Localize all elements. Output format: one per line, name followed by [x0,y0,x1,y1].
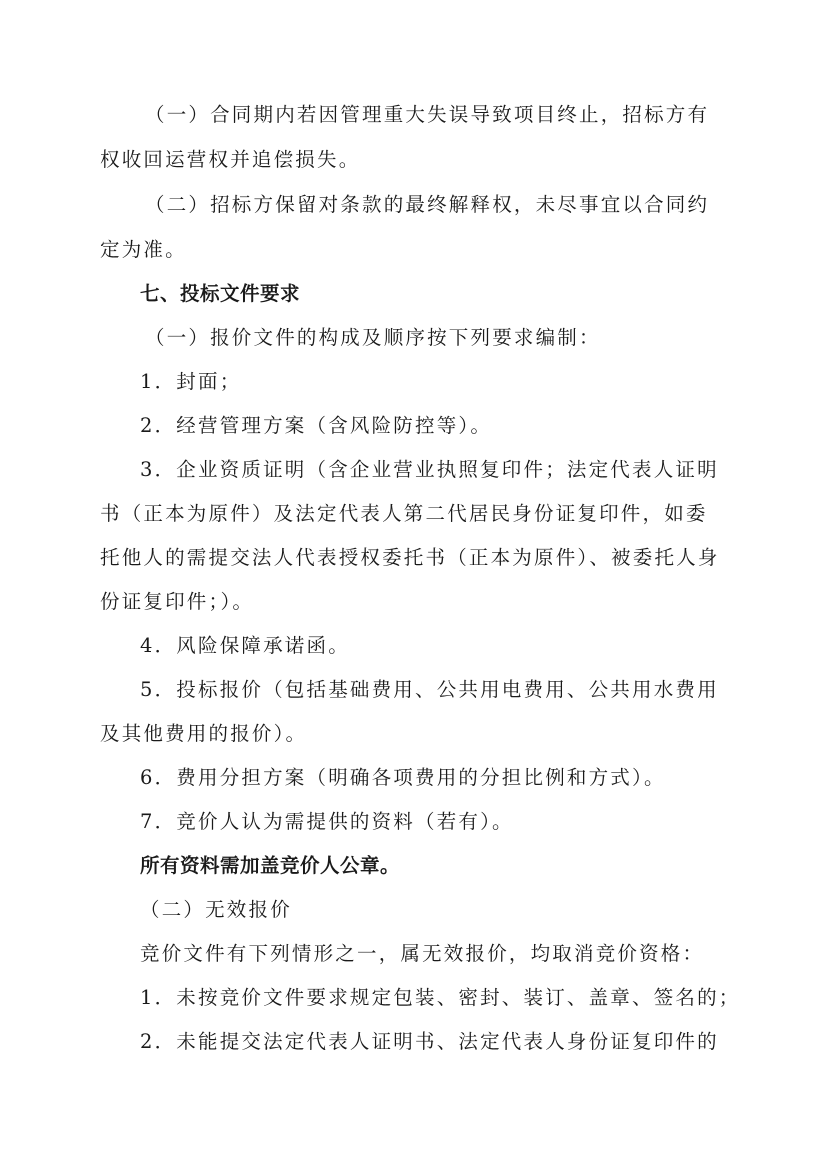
paragraph-line: 2．未能提交法定代表人证明书、法定代表人身份证复印件的 [140,1030,719,1054]
section-heading: 所有资料需加盖竞价人公章。 [140,854,400,878]
paragraph-line: 3．企业资质证明（含企业营业执照复印件；法定代表人证明 [140,458,719,482]
document-page: （一）合同期内若因管理重大失误导致项目终止，招标方有权收回运营权并追偿损失。（二… [0,0,827,1170]
paragraph-line: 5．投标报价（包括基础费用、公共用电费用、公共用水费用 [140,678,719,702]
paragraph-line: （一）报价文件的构成及顺序按下列要求编制： [145,326,601,350]
paragraph-line: 定为准。 [100,238,187,262]
paragraph-line: 4．风险保障承诺函。 [140,634,350,658]
paragraph-line: 6．费用分担方案（明确各项费用的分担比例和方式）。 [140,766,666,790]
paragraph-line: 托他人的需提交法人代表授权委托书（正本为原件）、被委托人身 [100,546,720,570]
paragraph-line: 7．竞价人认为需提供的资料（若有）。 [140,810,514,834]
section-heading: 七、投标文件要求 [140,282,300,306]
paragraph-line: （二）无效报价 [140,898,292,922]
paragraph-line: 份证复印件；）。 [100,590,254,614]
paragraph-line: 竞价文件有下列情形之一，属无效报价，均取消竞价资格： [140,942,704,966]
paragraph-line: 权收回运营权并追偿损失。 [100,148,360,172]
paragraph-line: （二）招标方保留对条款的最终解释权，未尽事宜以合同约 [145,193,709,217]
paragraph-line: （一）合同期内若因管理重大失误导致项目终止，招标方有 [145,103,709,127]
paragraph-line: 书（正本为原件）及法定代表人第二代居民身份证复印件，如委 [100,502,708,526]
paragraph-line: 及其他费用的报价）。 [100,722,307,746]
paragraph-line: 2．经营管理方案（含风险防控等）。 [140,414,492,438]
paragraph-line: 1．未按竞价文件要求规定包装、密封、装订、盖章、签名的； [140,986,741,1010]
paragraph-line: 1．封面； [140,370,241,394]
